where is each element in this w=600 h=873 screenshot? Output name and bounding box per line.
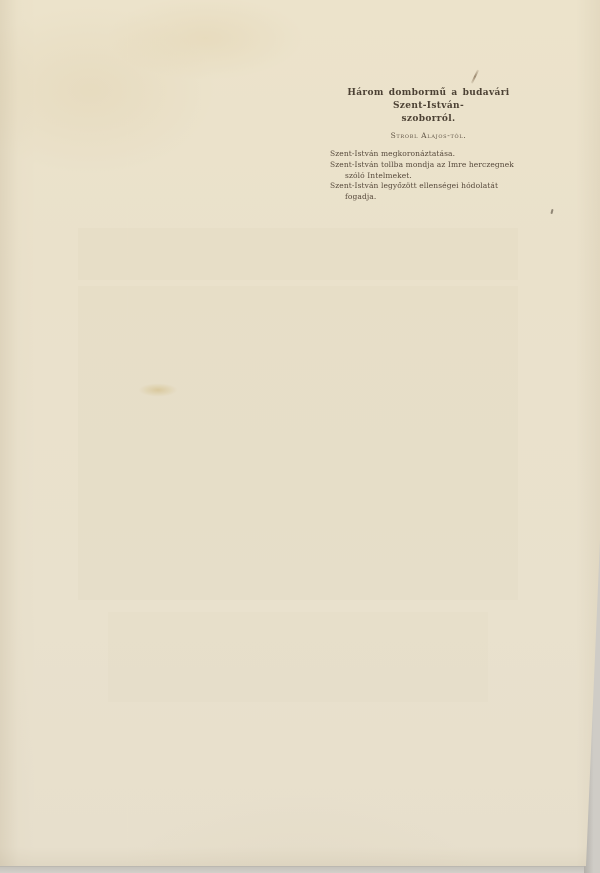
pen-mark [471, 69, 479, 83]
article-byline: Strobl Alajos-tól. [330, 131, 527, 140]
caption-entry: Szent-István megkoronáztatása. [330, 149, 527, 160]
show-through-ghost [78, 228, 518, 280]
article-title: Három dombormű a budavári Szent-István- … [330, 87, 527, 126]
caption-entry: Szent-István legyőzött ellenségei hódola… [330, 181, 527, 203]
show-through-ghost [78, 286, 518, 600]
caption-entry: Szent-István tollba mondja az Imre hercz… [330, 160, 527, 182]
article-title-line2: szoborról. [330, 113, 527, 126]
article-title-line1: Három dombormű a budavári Szent-István- [330, 87, 527, 113]
caption-entries: Szent-István megkoronáztatása. Szent-Ist… [330, 149, 527, 203]
caption-block: Három dombormű a budavári Szent-István- … [330, 87, 527, 203]
ink-speck [550, 209, 553, 214]
show-through-ghost [108, 612, 488, 702]
paper-sheet: Három dombormű a budavári Szent-István- … [0, 0, 600, 873]
